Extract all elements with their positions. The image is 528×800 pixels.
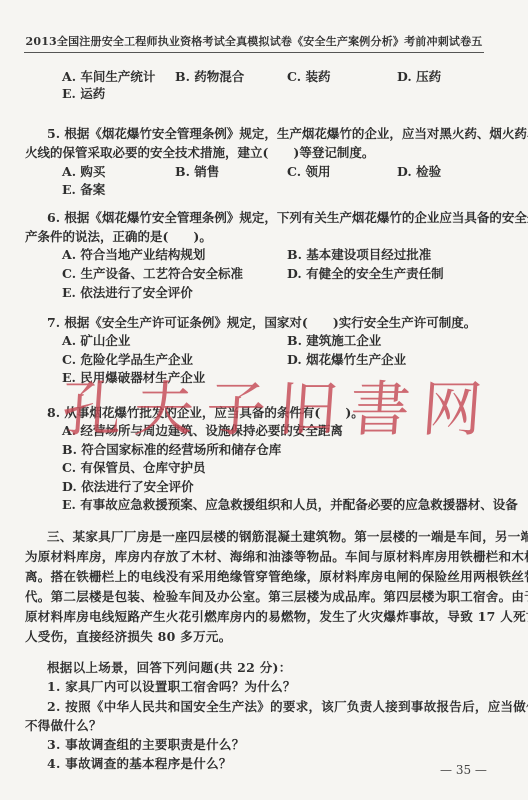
question-6-line-1: 6. 根据《烟花爆竹安全管理条例》规定，下列有关生产烟花爆竹的企业应当具备的安全… bbox=[47, 208, 528, 226]
subquestion-4: 4. 事故调查的基本程序是什么？ bbox=[47, 754, 232, 772]
running-header: 2013全国注册安全工程师执业资格考试全真模拟试卷《安全生产案例分析》考前冲刺试… bbox=[24, 33, 484, 49]
subquestion-3: 3. 事故调查组的主要职责是什么？ bbox=[47, 735, 245, 753]
question-7-line-1: 7. 根据《安全生产许可证条例》规定，国家对( )实行安全生产许可制度。 bbox=[47, 313, 476, 331]
question-5-line-1: 5. 根据《烟花爆竹安全管理条例》规定，生产烟花爆竹的企业，应当对黑火药、烟火药… bbox=[47, 124, 528, 142]
question-5-line-2: 火线的保管采取必要的安全技术措施，建立( )等登记制度。 bbox=[25, 143, 374, 161]
option-d: D. 压药 bbox=[397, 67, 441, 85]
option-e: E. 运药 bbox=[62, 84, 105, 102]
q5-option-e: E. 备案 bbox=[62, 180, 105, 198]
question-6-line-2: 产条件的说法，正确的是( )。 bbox=[25, 227, 212, 245]
watermark: 孔夫子旧書网 bbox=[60, 375, 485, 445]
case-line-3: 离。搭在铁栅栏上的电线没有采用绝缘管穿管绝缘，原材料库房电闸的保险丝用两根铁丝替 bbox=[25, 567, 528, 585]
case-line-1: 三、某家具厂厂房是一座四层楼的钢筋混凝土建筑物。第一层楼的一端是车间，另一端 bbox=[47, 527, 528, 545]
page-number: — 35 — bbox=[440, 763, 487, 777]
q5-option-c: C. 领用 bbox=[287, 162, 330, 180]
case-line-5: 原材料库房电线短路产生火花引燃库房内的易燃物，发生了火灾爆炸事故，导致 17 人… bbox=[25, 607, 528, 625]
q7-option-a: A. 矿山企业 bbox=[62, 331, 130, 349]
q5-option-d: D. 检验 bbox=[397, 162, 441, 180]
case-line-2: 为原材料库房，库房内存放了木材、海绵和油漆等物品。车间与原材料库房用铁栅栏和木板… bbox=[25, 547, 528, 565]
subquestion-2-cont: 不得做什么？ bbox=[25, 716, 102, 734]
q7-option-b: B. 建筑施工企业 bbox=[287, 331, 381, 349]
subquestion-1: 1. 家具厂内可以设置职工宿舍吗？为什么？ bbox=[47, 677, 296, 695]
case-line-4: 代。第二层楼是包装、检验车间及办公室。第三层楼为成品库。第四层楼为职工宿舍。由于 bbox=[25, 587, 528, 605]
q7-option-c: C. 危险化学品生产企业 bbox=[62, 350, 193, 368]
option-c: C. 装药 bbox=[287, 67, 330, 85]
q6-option-b: B. 基本建设项目经过批准 bbox=[287, 245, 431, 263]
q6-option-d: D. 有健全的安全生产责任制 bbox=[287, 264, 444, 282]
q5-option-b: B. 销售 bbox=[175, 162, 219, 180]
q5-option-a: A. 购买 bbox=[62, 162, 105, 180]
option-b: B. 药物混合 bbox=[175, 67, 244, 85]
q8-option-e: E. 有事故应急救援预案、应急救援组织和人员，并配备必要的应急救援器材、设备 bbox=[62, 495, 518, 513]
document-page: 2013全国注册安全工程师执业资格考试全真模拟试卷《安全生产案例分析》考前冲刺试… bbox=[0, 0, 528, 800]
header-rule bbox=[24, 52, 484, 53]
case-prompt: 根据以上场景，回答下列问题(共 22 分)： bbox=[47, 658, 292, 676]
q6-option-a: A. 符合当地产业结构规划 bbox=[62, 245, 205, 263]
q6-option-c: C. 生产设备、工艺符合安全标准 bbox=[62, 264, 243, 282]
subquestion-2: 2. 按照《中华人民共和国安全生产法》的要求，该厂负责人接到事故报告后，应当做什… bbox=[47, 697, 528, 715]
q8-option-d: D. 依法进行了安全评价 bbox=[62, 477, 194, 495]
option-a: A. 车间生产统计 bbox=[62, 67, 155, 85]
q8-option-c: C. 有保管员、仓库守护员 bbox=[62, 458, 205, 476]
q7-option-d: D. 烟花爆竹生产企业 bbox=[287, 350, 406, 368]
q6-option-e: E. 依法进行了安全评价 bbox=[62, 283, 193, 301]
case-line-6: 人受伤，直接经济损失 80 多万元。 bbox=[25, 627, 232, 645]
